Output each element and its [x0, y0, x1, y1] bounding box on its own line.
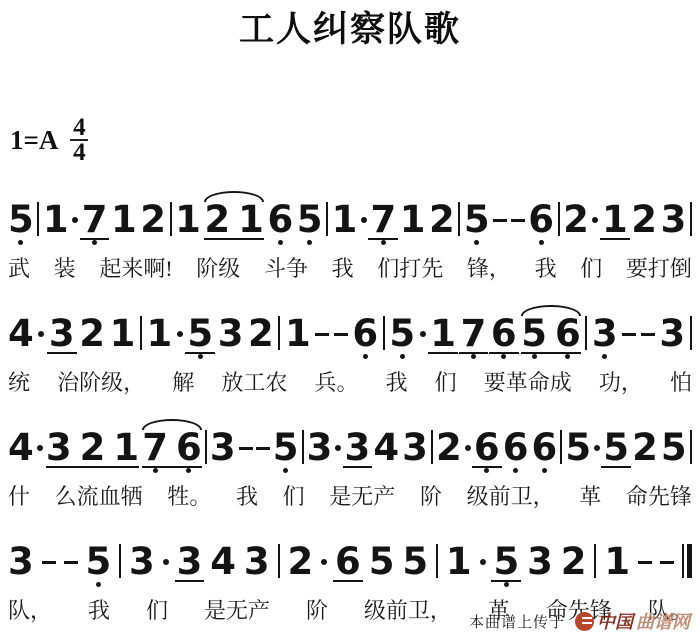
note: 3 [402, 418, 428, 477]
glyph-slot: 3 [402, 418, 428, 464]
music-line-1: 51712121651712562123 [8, 190, 692, 250]
bar-line-glyph [690, 316, 692, 350]
glyph-slot: 3 [345, 418, 371, 464]
glyph-slot: 6 [352, 304, 378, 350]
note-digit: 5 [521, 317, 547, 350]
glyph-slot: 3 [49, 304, 75, 350]
barline [690, 190, 692, 249]
below-slot [542, 464, 547, 477]
lyric-syllable: 阶级 [196, 252, 240, 283]
octave-dot [513, 468, 518, 473]
note-digit: 6 [474, 431, 500, 464]
note: 2 [287, 532, 313, 591]
beam-line [142, 466, 202, 468]
octave-dot [565, 354, 570, 359]
below-slot [513, 464, 518, 477]
glyph-slot: 7 [461, 304, 487, 350]
note: 5 [661, 418, 687, 477]
barline [436, 532, 438, 591]
below-slot [307, 236, 312, 249]
octave-dot [198, 354, 203, 359]
final-bar-thin-line [682, 544, 684, 578]
lyric-syllable: 革 [579, 480, 601, 511]
bar-line-glyph [594, 544, 596, 578]
glyph-slot [256, 418, 270, 464]
eighth-underline [601, 466, 631, 468]
lyric-syllable: 武 [8, 252, 30, 283]
note-digit: 1 [146, 317, 172, 350]
barline [170, 190, 172, 249]
note-digit: 5 [565, 431, 591, 464]
barline [37, 190, 39, 249]
glyph-slot: 5 [85, 532, 111, 578]
note-digit: 4 [373, 431, 399, 464]
glyph-slot: 3 [129, 532, 155, 578]
lyric-syllable: 级前卫， [364, 594, 452, 625]
note: 2 [80, 418, 106, 477]
dash-hold [493, 190, 507, 249]
note: 1 [332, 190, 358, 249]
barline [431, 418, 433, 477]
note-digit: 2 [248, 317, 274, 350]
glyph-slot [682, 532, 692, 578]
dash-glyph [638, 561, 652, 564]
octave-dot [92, 240, 97, 245]
augmentation-dot [335, 418, 341, 477]
lyric-syllable: 们 [580, 252, 602, 283]
glyph-slot: 4 [8, 418, 34, 464]
note-digit: 5 [603, 431, 629, 464]
tonality-label: 1=A [10, 125, 58, 156]
glyph-slot [592, 190, 598, 236]
lyric-syllable: 阶 [420, 480, 442, 511]
barline [278, 304, 280, 363]
lyric-syllable: 功， [599, 366, 643, 397]
glyph-slot: 6 [528, 190, 554, 236]
dash-glyph [660, 561, 674, 564]
lyric-syllable: 牲。 [167, 480, 211, 511]
upload-credit-text: 本曲谱上传于 [469, 611, 565, 632]
note: 4 [210, 532, 236, 591]
beam-line [521, 352, 581, 354]
note-digit: 2 [79, 317, 105, 350]
glyph-slot: 1 [430, 304, 456, 350]
octave-dot [96, 582, 101, 587]
dash-glyph [256, 447, 270, 450]
note-digit: 2 [563, 203, 589, 236]
lyric-syllable: 要革命成 [484, 366, 572, 397]
glyph-slot: 2 [436, 418, 462, 464]
eighth-underline [343, 466, 373, 468]
bar-line-glyph [205, 430, 207, 464]
lyric-syllable: 放工农 [221, 366, 287, 397]
note: 7 [82, 190, 108, 249]
note: 6 [335, 532, 361, 591]
glyph-slot: 1 [110, 304, 136, 350]
note-digit: 1 [111, 203, 137, 236]
bar-line-glyph [302, 430, 304, 464]
note-digit: 1 [285, 317, 311, 350]
note-digit: 6 [176, 431, 202, 464]
glyph-slot [302, 418, 304, 464]
octave-dot [18, 240, 23, 245]
bar-line-glyph [436, 544, 438, 578]
lyric-syllable: 我 [88, 594, 110, 625]
note-digit: 4 [210, 545, 236, 578]
lyric-syllable: 么流血牺 [55, 480, 143, 511]
octave-dot [539, 240, 544, 245]
bar-line-glyph [431, 430, 433, 464]
note: 3 [307, 418, 333, 477]
glyph-slot [64, 532, 78, 578]
glyph-slot [334, 304, 348, 350]
dot-glyph [37, 445, 43, 451]
dash-hold [256, 418, 270, 477]
note: 3 [592, 304, 618, 363]
note: 3 [129, 532, 155, 591]
dash-glyph [64, 561, 78, 564]
glyph-slot: 7 [82, 190, 108, 236]
glyph-slot [560, 418, 562, 464]
lyric-syllable: 什 [8, 480, 30, 511]
note: 5 [273, 418, 299, 477]
bar-line-glyph [278, 544, 280, 578]
glyph-slot: 2 [632, 418, 658, 464]
glyph-slot: 3 [210, 418, 236, 464]
glyph-slot: 6 [474, 418, 500, 464]
note-digit: 1 [446, 545, 472, 578]
note: 2 [561, 532, 587, 591]
note-digit: 3 [592, 317, 618, 350]
augmentation-dot [465, 418, 471, 477]
note-digit: 6 [532, 431, 558, 464]
eighth-underline [185, 352, 215, 354]
dash-hold [660, 532, 674, 591]
lyric-syllable: 们打先 [377, 252, 443, 283]
note-digit: 3 [46, 431, 72, 464]
glyph-slot [638, 532, 652, 578]
note-digit: 5 [402, 545, 428, 578]
note-digit: 5 [661, 431, 687, 464]
note: 1 [400, 190, 426, 249]
slur-group: 76 [142, 418, 202, 477]
glyph-slot: 2 [80, 418, 106, 464]
lyric-syllable: 命先锋 [626, 480, 692, 511]
note-digit: 7 [461, 317, 487, 350]
glyph-slot: 5 [187, 304, 213, 350]
glyph-slot: 3 [307, 418, 333, 464]
barline [585, 304, 587, 363]
eighth-underline [368, 238, 398, 240]
barline [119, 532, 121, 591]
lyric-syllable: 兵。 [314, 366, 358, 397]
note-digit: 3 [129, 545, 155, 578]
note-digit: 3 [661, 203, 687, 236]
note-digit: 3 [210, 431, 236, 464]
octave-dot [363, 354, 368, 359]
note: 3 [46, 418, 72, 477]
slur-group: 21 [204, 190, 264, 249]
eighth-underline [428, 352, 458, 354]
glyph-slot [594, 418, 600, 464]
glyph-slot: 3 [661, 190, 687, 236]
glyph-slot: 6 [491, 304, 517, 350]
glyph-slot [177, 304, 183, 350]
bar-line-glyph [140, 316, 142, 350]
barline [558, 190, 560, 249]
note-digit: 3 [8, 545, 34, 578]
note: 6 [352, 304, 378, 363]
note-digit: 1 [332, 203, 358, 236]
note-digit: 2 [561, 545, 587, 578]
lyric-syllable: 我 [332, 252, 354, 283]
glyph-slot: 2 [248, 304, 274, 350]
glyph-slot [278, 304, 280, 350]
note: 6 [532, 418, 558, 477]
beam-line [46, 466, 139, 468]
note: 3 [244, 532, 270, 591]
dot-glyph [163, 559, 169, 565]
note: 4 [8, 304, 34, 363]
note-digit: 2 [632, 431, 658, 464]
glyph-slot [511, 190, 525, 236]
glyph-slot [383, 304, 385, 350]
note-digit: 1 [110, 317, 136, 350]
eighth-underline [489, 352, 519, 354]
glyph-slot: 1 [602, 190, 628, 236]
music-line-3: 43217635334326665525 [8, 418, 692, 478]
dot-glyph [465, 445, 471, 451]
dot-glyph [321, 559, 327, 565]
glyph-slot: 1 [604, 532, 630, 578]
note: 6 [528, 190, 554, 249]
note: 5 [369, 532, 395, 591]
augmentation-dot [420, 304, 426, 363]
glyph-slot: 5 [493, 532, 519, 578]
glyph-slot: 5 [464, 190, 490, 236]
glyph-slot [361, 190, 367, 236]
dot-glyph [72, 217, 78, 223]
glyph-slot: 7 [370, 190, 396, 236]
bar-line-glyph [558, 202, 560, 236]
augmentation-dot [592, 190, 598, 249]
beam-group: 321 [46, 418, 139, 477]
glyph-slot: 4 [210, 532, 236, 578]
note: 1 [146, 304, 172, 363]
glyph-slot [278, 532, 280, 578]
note-digit: 3 [307, 431, 333, 464]
lyric-syllable: 装 [54, 252, 76, 283]
octave-dot [400, 354, 405, 359]
final-bar-glyph [682, 544, 692, 578]
bar-line-glyph [690, 202, 692, 236]
bar-line-glyph [278, 316, 280, 350]
glyph-slot: 2 [429, 190, 455, 236]
dash-glyph [334, 333, 348, 336]
dash-hold [42, 532, 56, 591]
note: 7 [461, 304, 487, 363]
glyph-slot: 5 [565, 418, 591, 464]
note-digit: 5 [85, 545, 111, 578]
song-sheet: 工人纠察队歌 1=A 4 4 51712121651712562123武装起来啊… [0, 0, 700, 642]
key-signature: 1=A 4 4 [10, 114, 692, 166]
below-slot [400, 350, 405, 363]
note: 5 [85, 532, 111, 591]
glyph-slot: 5 [603, 418, 629, 464]
glyph-slot [72, 190, 78, 236]
glyph-slot [641, 304, 655, 350]
note: 2 [631, 190, 657, 249]
glyph-slot: 2 [561, 532, 587, 578]
dot-glyph [38, 331, 44, 337]
octave-dot [501, 354, 506, 359]
meter-numerator: 4 [73, 117, 86, 138]
note-digit: 7 [370, 203, 396, 236]
system-1: 51712121651712562123武装起来啊!阶级斗争我们打先锋，我们要打… [8, 190, 692, 282]
note: 6 [503, 418, 529, 477]
below-slot [474, 236, 479, 249]
glyph-slot: 6 [532, 418, 558, 464]
music-line-4: 353343265515321 [8, 532, 692, 592]
bar-line-glyph [458, 202, 460, 236]
glyph-slot: 4 [373, 418, 399, 464]
augmentation-dot [38, 304, 44, 363]
glyph-slot: 4 [8, 304, 34, 350]
lyric-syllable: 统 [8, 366, 30, 397]
note-digit: 3 [659, 317, 685, 350]
note-digit: 5 [8, 203, 34, 236]
note: 5 [187, 304, 213, 363]
bar-line-glyph [119, 544, 121, 578]
note-digit: 1 [238, 203, 264, 236]
note: 2 [632, 418, 658, 477]
glyph-slot: 3 [177, 532, 203, 578]
dot-glyph [480, 559, 486, 565]
glyph-slot [436, 532, 438, 578]
dash-hold [638, 532, 652, 591]
glyph-slot [163, 532, 169, 578]
dot-glyph [177, 331, 183, 337]
note: 1 [604, 532, 630, 591]
glyph-slot [465, 418, 471, 464]
glyph-slot: 6 [267, 190, 293, 236]
augmentation-dot [594, 418, 600, 477]
note: 1 [285, 304, 311, 363]
lyric-line-3: 什么流血牺牲。我们是无产阶级前卫，革命先锋 [8, 480, 692, 510]
glyph-slot: 2 [140, 190, 166, 236]
note: 1 [430, 304, 456, 363]
augmentation-dot [361, 190, 367, 249]
note-digit: 1 [43, 203, 69, 236]
barline [278, 532, 280, 591]
octave-dot [153, 468, 158, 473]
eighth-underline [600, 238, 630, 240]
cd-music-icon [575, 612, 594, 631]
glyph-slot [205, 418, 207, 464]
barline [326, 190, 328, 249]
slur-group: 56 [521, 304, 581, 363]
note-digit: 5 [297, 203, 323, 236]
below-slot [96, 578, 101, 591]
glyph-slot [42, 532, 56, 578]
glyph-slot: 1 [400, 190, 426, 236]
octave-dot [484, 468, 489, 473]
augmentation-dot [37, 418, 43, 477]
note-digit: 2 [204, 203, 230, 236]
site-logo: 中国 曲谱网 [575, 608, 690, 634]
note-digit: 7 [142, 431, 168, 464]
lyric-syllable: 怕 [670, 366, 692, 397]
glyph-slot [37, 418, 43, 464]
note-digit: 4 [8, 317, 34, 350]
dash-glyph [315, 333, 329, 336]
note-digit: 3 [244, 545, 270, 578]
octave-dot [504, 582, 509, 587]
octave-dot [381, 240, 386, 245]
glyph-slot [493, 190, 507, 236]
site-name-secondary: 曲谱网 [636, 608, 690, 634]
note-digit: 6 [503, 431, 529, 464]
note-digit: 2 [631, 203, 657, 236]
eighth-underline [491, 580, 521, 582]
note: 2 [140, 190, 166, 249]
glyph-slot: 5 [273, 418, 299, 464]
glyph-slot [170, 190, 172, 236]
note: 1 [111, 190, 137, 249]
system-2: 432115321651765633统治阶级，解放工农兵。我们要革命成功，怕 [8, 304, 692, 396]
glyph-slot [690, 190, 692, 236]
dot-glyph [594, 445, 600, 451]
glyph-slot [585, 304, 587, 350]
beam-line [204, 238, 264, 240]
glyph-slot: 1 [113, 418, 139, 464]
note: 5 [603, 418, 629, 477]
octave-dot [186, 468, 191, 473]
dash-hold [641, 304, 655, 363]
glyph-slot [690, 418, 692, 464]
note: 3 [527, 532, 553, 591]
augmentation-dot [177, 304, 183, 363]
note: 5 [565, 418, 591, 477]
bar-line-glyph [170, 202, 172, 236]
note: 1 [602, 190, 628, 249]
glyph-slot [321, 532, 327, 578]
note: 2 [79, 304, 105, 363]
glyph-slot: 5 [8, 190, 34, 236]
glyph-slot [140, 304, 142, 350]
note: 2 [248, 304, 274, 363]
note: 5 [297, 190, 323, 249]
note: 3 [659, 304, 685, 363]
glyph-slot [37, 190, 39, 236]
lyric-syllable: 是无产 [204, 594, 270, 625]
glyph-slot [38, 304, 44, 350]
glyph-slot [431, 418, 433, 464]
dash-hold [315, 304, 329, 363]
time-signature: 4 4 [70, 117, 88, 163]
glyph-slot [690, 304, 692, 350]
note-digit: 3 [402, 431, 428, 464]
lyric-line-2: 统治阶级，解放工农兵。我们要革命成功，怕 [8, 366, 692, 396]
note: 7 [370, 190, 396, 249]
below-slot [18, 236, 23, 249]
note-digit: 4 [8, 431, 34, 464]
note-digit: 2 [287, 545, 313, 578]
lyric-syllable: 队， [8, 594, 52, 625]
glyph-slot: 5 [661, 418, 687, 464]
octave-dot [474, 240, 479, 245]
glyph-slot [326, 190, 328, 236]
